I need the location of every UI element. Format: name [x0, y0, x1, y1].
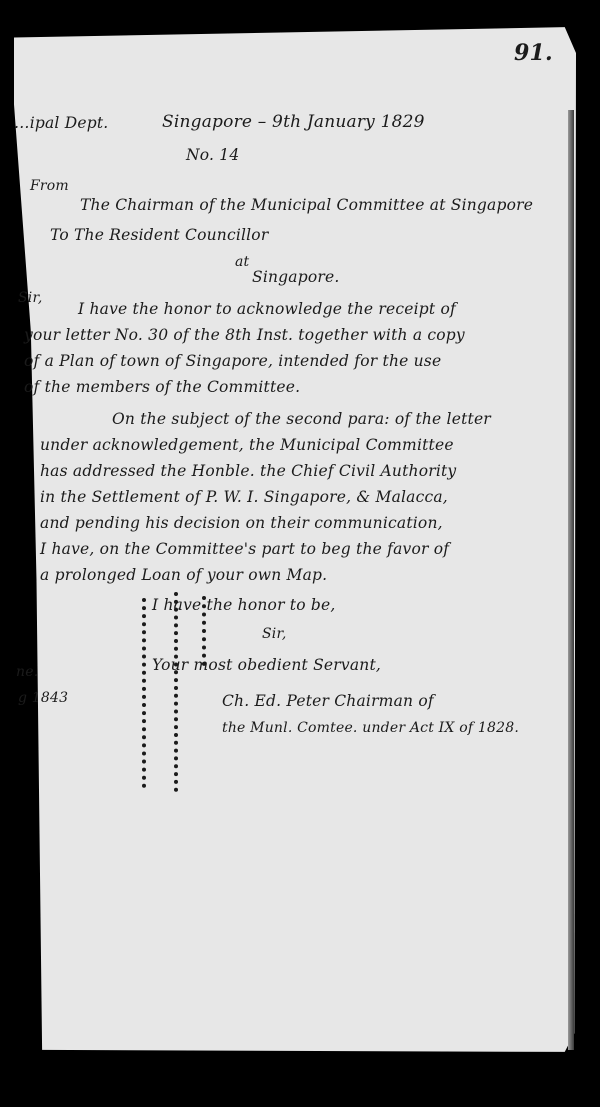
dotted-margin-mark — [142, 598, 150, 788]
body-line: under acknowledgement, the Municipal Com… — [40, 436, 454, 454]
signature: Ch. Ed. Peter Chairman of — [222, 692, 434, 710]
closing-servant: Your most obedient Servant, — [152, 656, 381, 674]
body-line: a prolonged Loan of your own Map. — [40, 566, 327, 584]
margin-note: g 1843 — [18, 690, 68, 706]
body-line: and pending his decision on their commun… — [40, 514, 443, 532]
salutation: Sir, — [18, 290, 42, 306]
body-line: On the subject of the second para: of th… — [112, 410, 491, 428]
body-line: I have the honor to acknowledge the rece… — [78, 300, 456, 318]
signature-title: the Munl. Comtee. under Act IX of 1828. — [222, 720, 519, 736]
body-line: of a Plan of town of Singapore, intended… — [24, 352, 441, 370]
page-spine-edge — [568, 110, 574, 1050]
document-page — [14, 22, 576, 1054]
margin-note: ne. — [16, 664, 38, 680]
page-number: 91. — [514, 40, 553, 66]
department-label: …ipal Dept. — [14, 114, 108, 132]
from-label: From — [30, 178, 69, 194]
at-label: at — [235, 254, 249, 270]
body-line: of the members of the Committee. — [24, 378, 300, 396]
from-line: The Chairman of the Municipal Committee … — [80, 196, 533, 214]
to-line: To The Resident Councillor — [50, 226, 268, 244]
at-place: Singapore. — [252, 268, 340, 286]
place-date: Singapore – 9th January 1829 — [162, 112, 425, 132]
body-line: in the Settlement of P. W. I. Singapore,… — [40, 488, 448, 506]
body-line: your letter No. 30 of the 8th Inst. toge… — [24, 326, 465, 344]
dotted-margin-mark — [202, 596, 210, 666]
body-line: has addressed the Honble. the Chief Civi… — [40, 462, 456, 480]
dotted-margin-mark — [174, 592, 182, 792]
body-line: I have, on the Committee's part to beg t… — [40, 540, 449, 558]
closing-sir: Sir, — [262, 626, 286, 642]
letter-number: No. 14 — [186, 146, 239, 164]
